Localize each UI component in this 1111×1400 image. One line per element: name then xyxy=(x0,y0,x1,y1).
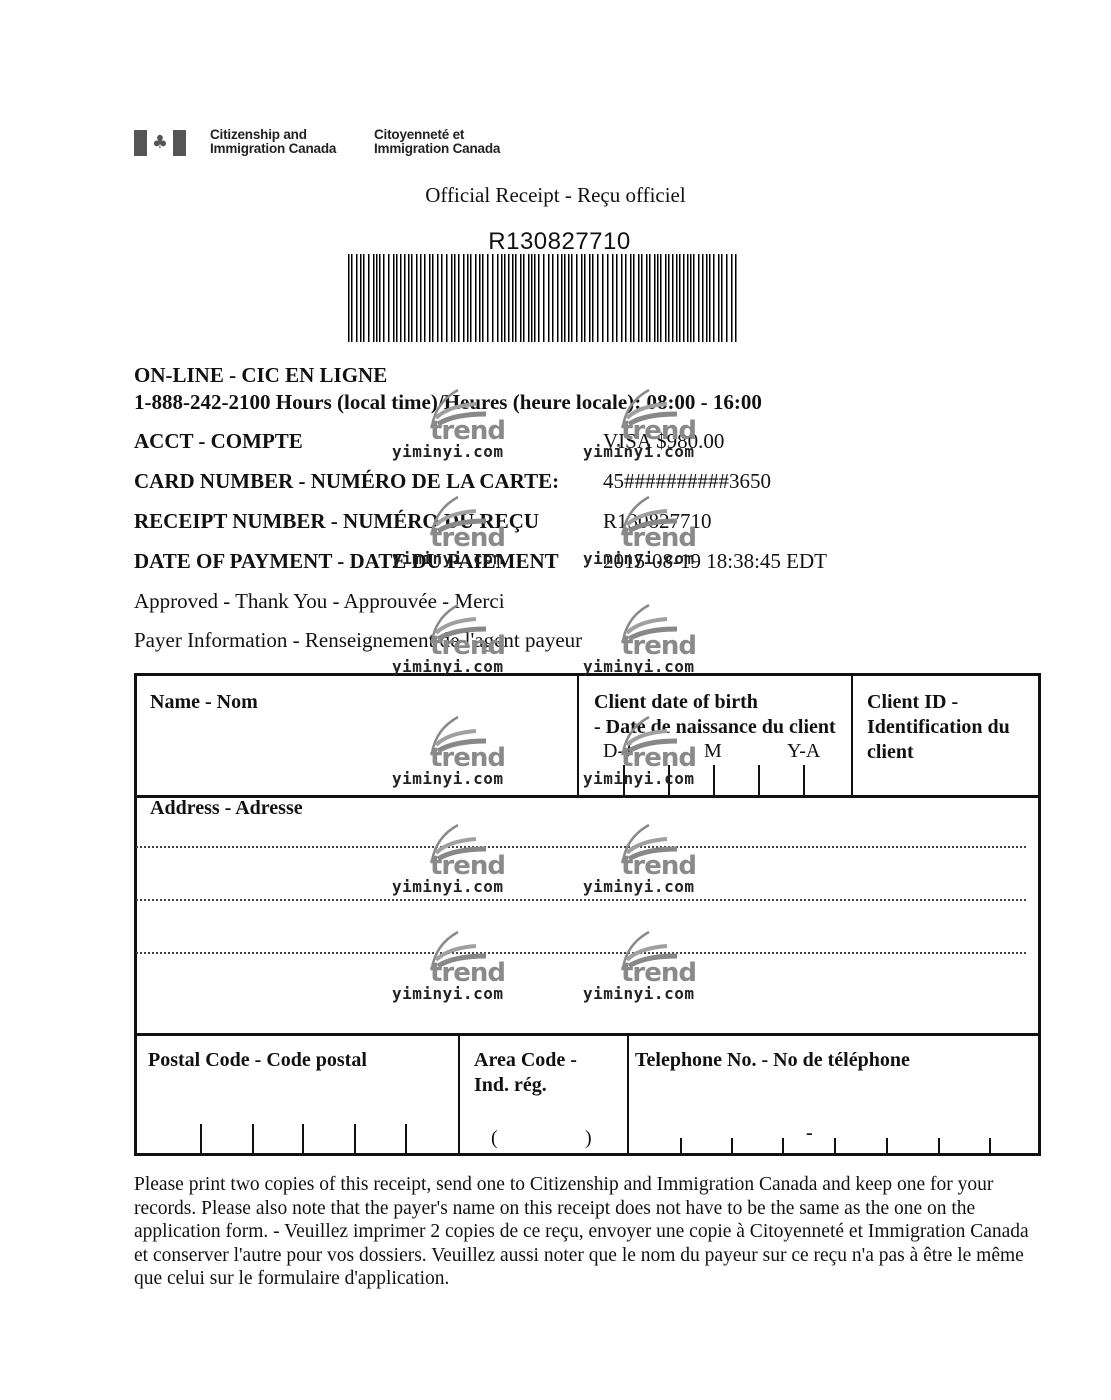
divider xyxy=(851,673,853,797)
postal-code-label: Postal Code - Code postal xyxy=(148,1048,367,1073)
divider xyxy=(627,1033,629,1156)
watermark: trendyiminyi.com xyxy=(583,603,723,677)
dept-fr-line1: Citoyenneté et xyxy=(374,128,500,142)
area-code-field[interactable] xyxy=(500,1120,582,1154)
card-number-label: CARD NUMBER - NUMÉRO DE LA CARTE: xyxy=(134,469,559,494)
divider xyxy=(577,673,579,797)
instructions-note: Please print two copies of this receipt,… xyxy=(134,1173,1034,1291)
dob-label-line1: Client date of birth xyxy=(594,690,758,715)
department-name-fr: Citoyenneté et Immigration Canada xyxy=(374,128,500,156)
dept-en-line2: Immigration Canada xyxy=(210,142,336,156)
online-heading: ON-LINE - CIC EN LIGNE xyxy=(134,363,387,388)
client-id-label-line1: Client ID - xyxy=(867,690,958,715)
address-label: Address - Adresse xyxy=(150,796,303,821)
department-name-en: Citizenship and Immigration Canada xyxy=(210,128,336,156)
area-code-label-line1: Area Code - xyxy=(474,1048,577,1073)
address-line-3[interactable] xyxy=(136,952,1026,954)
payer-info-heading: Payer Information - Renseignement de l'a… xyxy=(134,628,582,653)
dob-day-label: D-J xyxy=(603,740,632,763)
watermark-site: yiminyi.com xyxy=(392,442,503,461)
payment-date-label: DATE OF PAYMENT - DATE DU PAIEMENT xyxy=(134,549,559,574)
name-field[interactable] xyxy=(155,712,575,792)
client-id-label-line2: Identification du xyxy=(867,715,1010,740)
client-id-field[interactable] xyxy=(855,765,1037,793)
receipt-number-label: RECEIPT NUMBER - NUMÉRO DU REÇU xyxy=(134,509,539,534)
payment-date-value: 2015-08-19 18:38:45 EDT xyxy=(603,549,827,574)
area-code-label-line2: Ind. rég. xyxy=(474,1073,547,1098)
postal-code-field[interactable] xyxy=(140,1110,455,1154)
acct-value: VISA $980.00 xyxy=(603,429,724,454)
dob-month-label: M xyxy=(704,740,722,763)
divider xyxy=(134,1033,1041,1036)
phone-hours: 1-888-242-2100 Hours (local time)/Heures… xyxy=(134,390,762,415)
telephone-label: Telephone No. - No de téléphone xyxy=(635,1048,910,1073)
watermark-brand: trend xyxy=(621,631,696,661)
area-code-open-paren: ( xyxy=(491,1127,498,1150)
dob-year-label: Y-A xyxy=(787,740,820,763)
dept-fr-line2: Immigration Canada xyxy=(374,142,500,156)
canada-flag-icon: ♣ xyxy=(134,130,186,156)
acct-label: ACCT - COMPTE xyxy=(134,429,303,454)
page-title: Official Receipt - Reçu officiel xyxy=(0,183,1111,208)
dept-en-line1: Citizenship and xyxy=(210,128,336,142)
client-id-label-line3: client xyxy=(867,740,914,765)
card-number-value: 45##########3650 xyxy=(603,469,771,494)
dob-label-line2: - Date de naissance du client xyxy=(594,715,850,740)
watermark-swoosh-icon xyxy=(617,603,687,643)
barcode-number: R130827710 xyxy=(0,228,1111,256)
receipt-number-value: R130827710 xyxy=(603,509,712,534)
barcode xyxy=(346,254,742,342)
dob-field[interactable] xyxy=(580,762,850,794)
address-line-1[interactable] xyxy=(136,846,1026,848)
divider xyxy=(458,1033,460,1156)
approved-status: Approved - Thank You - Approuvée - Merci xyxy=(134,589,505,614)
address-line-2[interactable] xyxy=(136,899,1026,901)
telephone-field[interactable] xyxy=(632,1110,1032,1154)
watermark-brand: trend xyxy=(430,416,505,446)
area-code-close-paren: ) xyxy=(585,1127,592,1150)
